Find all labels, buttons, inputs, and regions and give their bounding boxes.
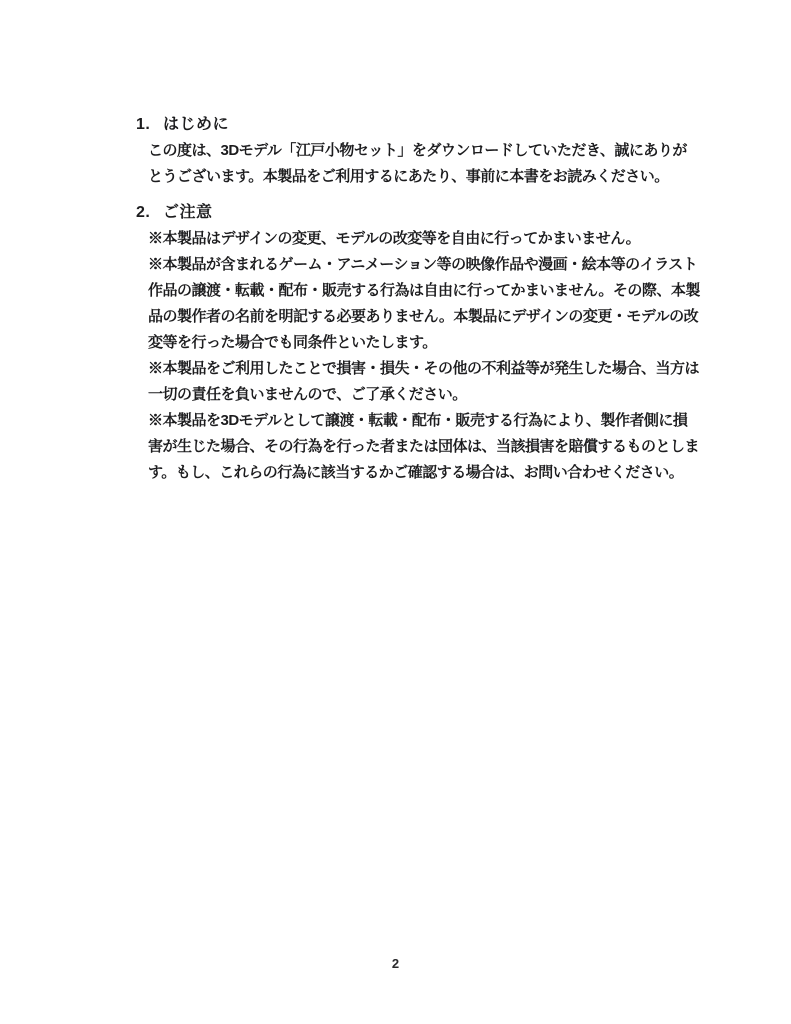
section-body: ※本製品はデザインの変更、モデルの改変等を自由に行ってかまいません。 ※本製品が…: [148, 226, 666, 486]
section-body: この度は、3Dモデル「江戸小物セット」をダウンロードしていただき、誠にありが と…: [148, 138, 666, 190]
text-line: ※本製品はデザインの変更、モデルの改変等を自由に行ってかまいません。: [148, 226, 666, 252]
text-line: 品の製作者の名前を明記する必要ありません。本製品にデザインの変更・モデルの改: [148, 304, 666, 330]
text-line: す。もし、これらの行為に該当するかご確認する場合は、お問い合わせください。: [148, 460, 666, 486]
section-notes: 2. ご注意 ※本製品はデザインの変更、モデルの改変等を自由に行ってかまいません…: [136, 200, 666, 486]
text-line: この度は、3Dモデル「江戸小物セット」をダウンロードしていただき、誠にありが: [148, 138, 666, 164]
text-line: ※本製品を3Dモデルとして譲渡・転載・配布・販売する行為により、製作者側に損: [148, 408, 666, 434]
text-line: 変等を行った場合でも同条件といたします。: [148, 330, 666, 356]
section-introduction: 1. はじめに この度は、3Dモデル「江戸小物セット」をダウンロードしていただき…: [136, 112, 666, 190]
text-line: ※本製品が含まれるゲーム・アニメーション等の映像作品や漫画・絵本等のイラスト: [148, 252, 666, 278]
text-line: 作品の譲渡・転載・配布・販売する行為は自由に行ってかまいません。その際、本製: [148, 278, 666, 304]
text-line: 一切の責任を負いませんので、ご了承ください。: [148, 382, 666, 408]
document-page: 1. はじめに この度は、3Dモデル「江戸小物セット」をダウンロードしていただき…: [0, 0, 791, 1024]
text-line: 害が生じた場合、その行為を行った者または団体は、当該損害を賠償するものとしま: [148, 434, 666, 460]
text-line: ※本製品をご利用したことで損害・損失・その他の不利益等が発生した場合、当方は: [148, 356, 666, 382]
section-number: 1.: [136, 112, 163, 138]
section-number: 2.: [136, 200, 163, 226]
text-line: とうございます。本製品をご利用するにあたり、事前に本書をお読みください。: [148, 164, 666, 190]
section-title: ご注意: [163, 200, 213, 226]
document-content: 1. はじめに この度は、3Dモデル「江戸小物セット」をダウンロードしていただき…: [136, 112, 666, 486]
section-heading: 1. はじめに: [136, 112, 666, 138]
section-heading: 2. ご注意: [136, 200, 666, 226]
page-number: 2: [0, 956, 791, 971]
section-title: はじめに: [163, 112, 229, 138]
